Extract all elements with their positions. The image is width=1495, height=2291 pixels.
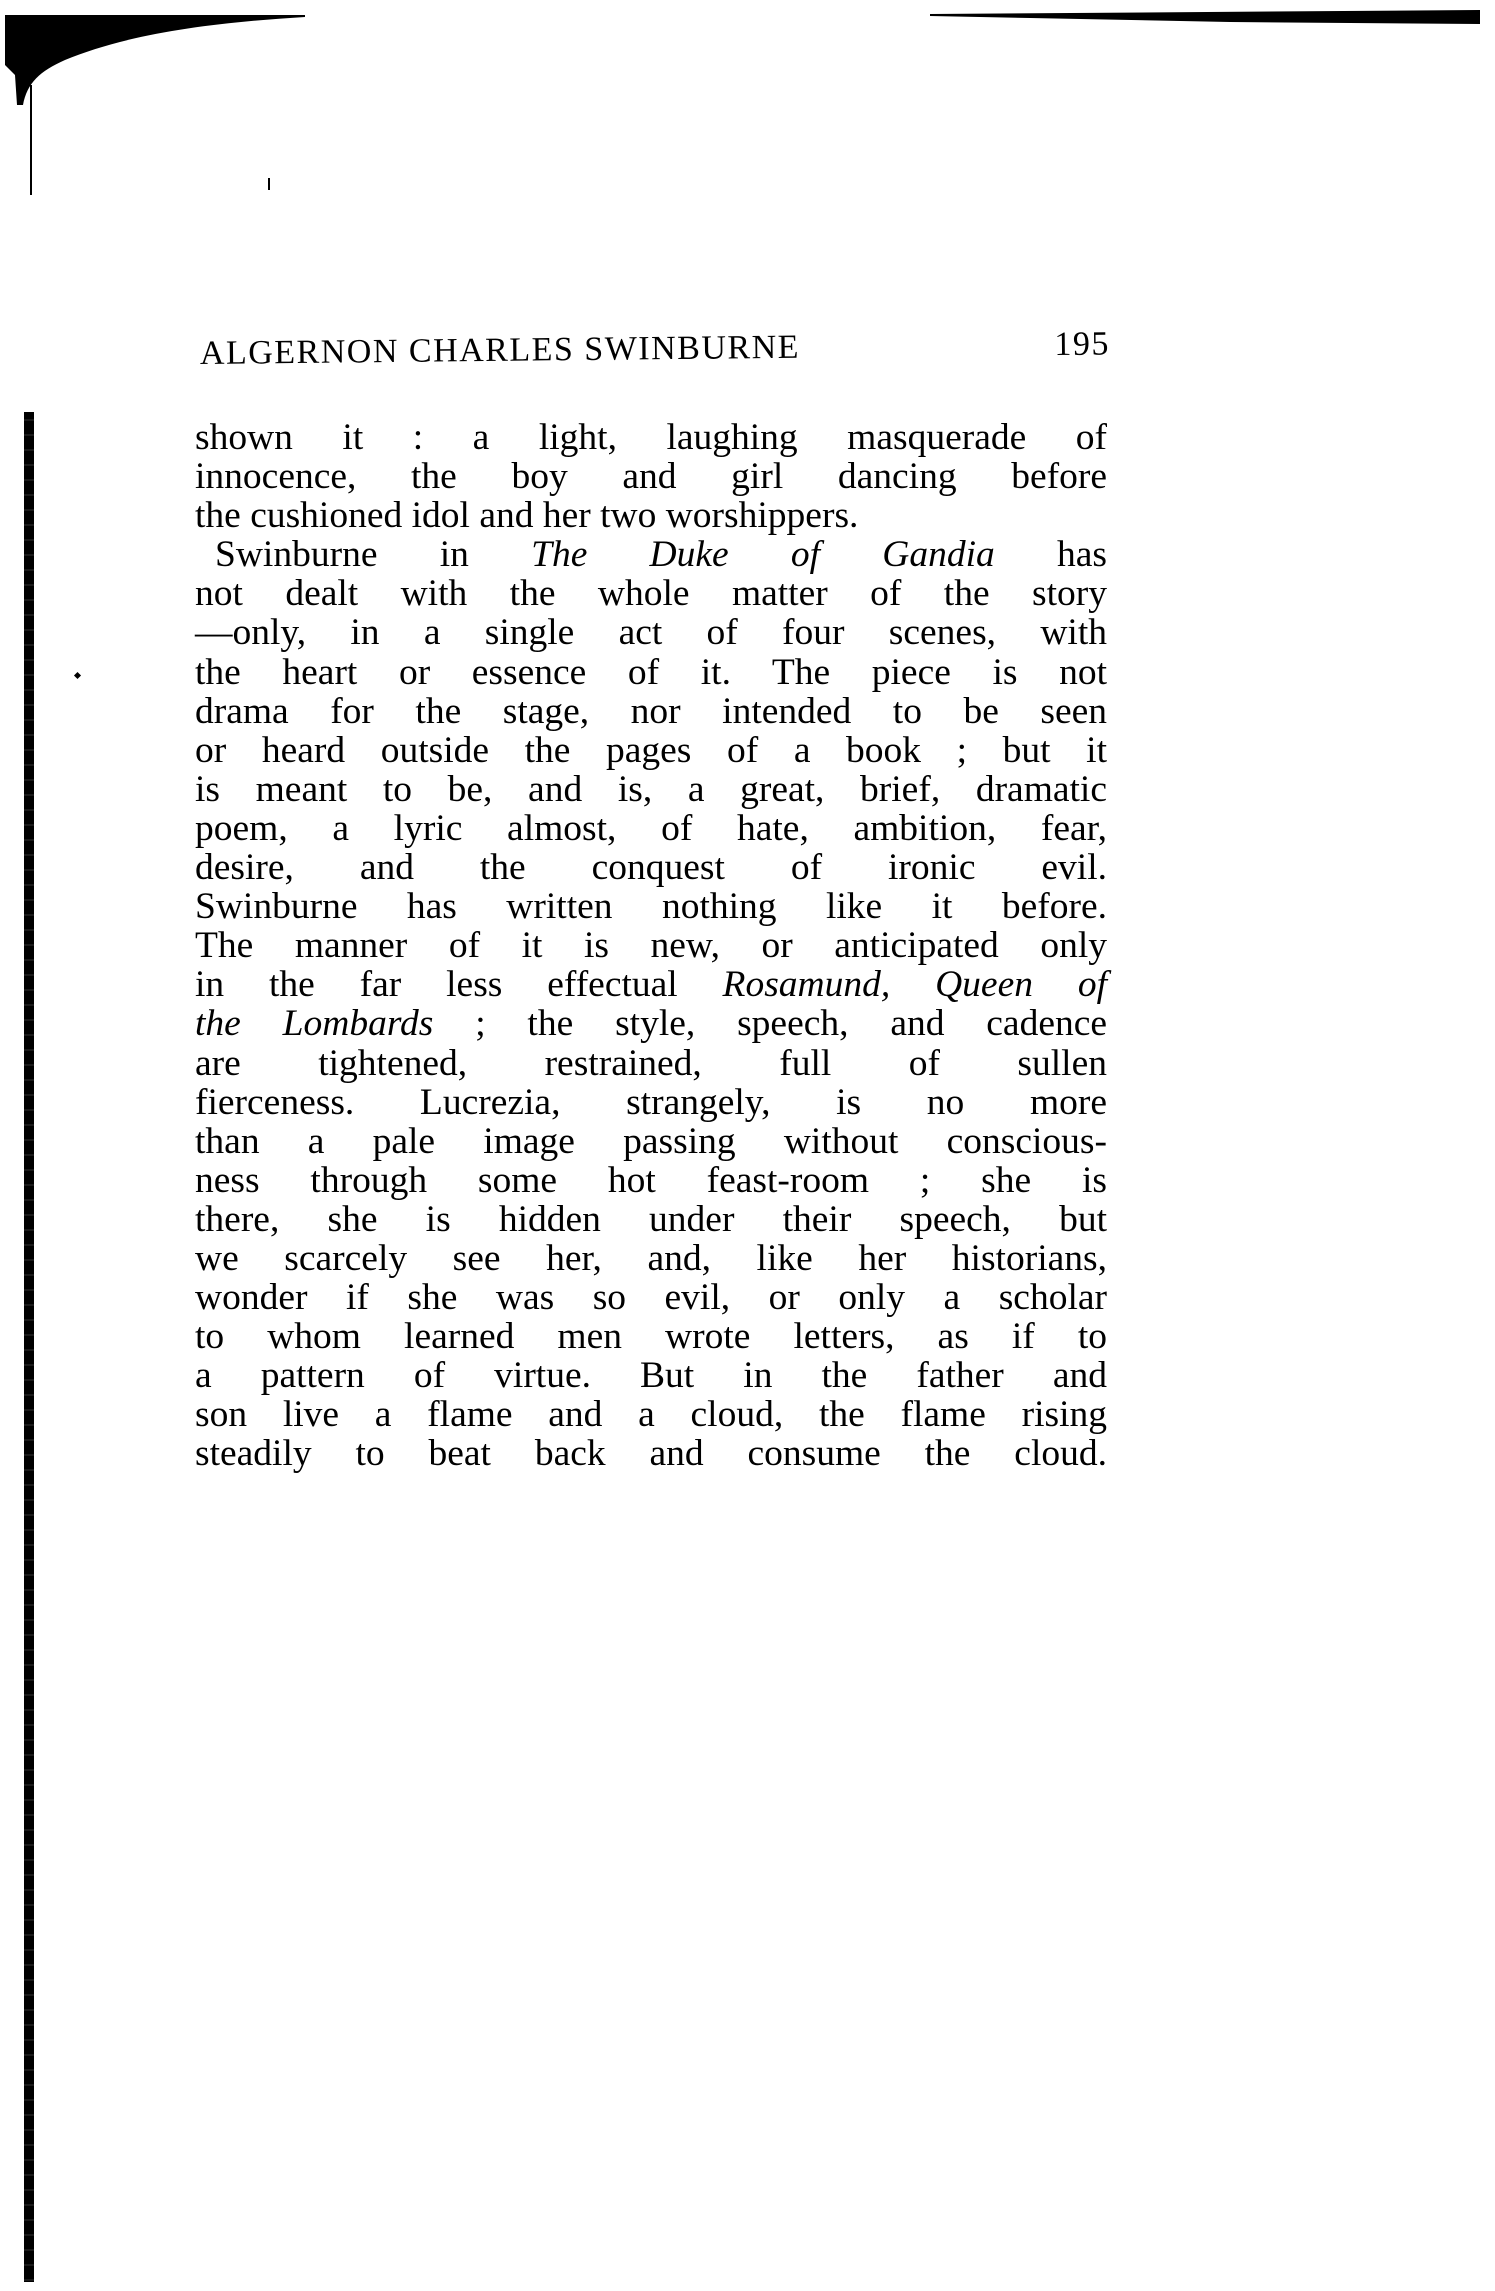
italic-title: the Lombards — [195, 1003, 433, 1044]
text-line: innocence, the boy and girl dancing befo… — [195, 457, 1107, 496]
italic-title: The Duke of Gandia — [531, 534, 995, 575]
text-line: the Lombards ; the style, speech, and ca… — [195, 1004, 1107, 1043]
text-line: steadily to beat back and consume the cl… — [195, 1434, 1107, 1473]
text-run: Swinburne in — [215, 534, 531, 575]
text-line: in the far less effectual Rosamund, Quee… — [195, 965, 1107, 1004]
page-number: 195 — [1054, 325, 1110, 364]
running-head: ALGERNON CHARLES SWINBURNE 195 — [200, 325, 1110, 385]
text-line: the heart or essence of it. The piece is… — [195, 653, 1107, 692]
text-run: in the far less effectual — [195, 964, 723, 1005]
text-line: is meant to be, and is, a great, brief, … — [195, 770, 1107, 809]
text-line: not dealt with the whole matter of the s… — [195, 574, 1107, 613]
body-paragraphs: shown it : a light, laughing masquerade … — [195, 418, 1107, 1474]
text-line: desire, and the conquest of ironic evil. — [195, 848, 1107, 887]
text-line: shown it : a light, laughing masquerade … — [195, 418, 1107, 457]
text-line: or heard outside the pages of a book ; b… — [195, 731, 1107, 770]
text-line: wonder if she was so evil, or only a sch… — [195, 1278, 1107, 1317]
text-line: drama for the stage, nor intended to be … — [195, 692, 1107, 731]
text-line: to whom learned men wrote letters, as if… — [195, 1317, 1107, 1356]
book-page: ALGERNON CHARLES SWINBURNE 195 shown it … — [0, 0, 1495, 2291]
text-line: the cushioned idol and her two worshippe… — [195, 496, 1107, 535]
scan-edge-shadow-top-right — [930, 8, 1480, 30]
text-line: there, she is hidden under their speech,… — [195, 1200, 1107, 1239]
text-line: son live a flame and a cloud, the flame … — [195, 1395, 1107, 1434]
text-line: Swinburne has written nothing like it be… — [195, 887, 1107, 926]
text-line: ness through some hot feast-room ; she i… — [195, 1161, 1107, 1200]
scan-edge-shadow-top-left — [5, 15, 305, 105]
text-line: a pattern of virtue. But in the father a… — [195, 1356, 1107, 1395]
scan-binding-edge — [24, 412, 34, 2282]
text-line: fierceness. Lucrezia, strangely, is no m… — [195, 1083, 1107, 1122]
scan-speck — [268, 178, 270, 190]
running-head-title: ALGERNON CHARLES SWINBURNE — [200, 329, 800, 373]
text-line: The manner of it is new, or anticipated … — [195, 926, 1107, 965]
text-line: are tightened, restrained, full of sulle… — [195, 1044, 1107, 1083]
text-line: poem, a lyric almost, of hate, ambition,… — [195, 809, 1107, 848]
text-run: ; the style, speech, and cadence — [433, 1003, 1107, 1044]
italic-title: Rosamund, Queen of — [723, 964, 1107, 1005]
text-line: Swinburne in The Duke of Gandia has — [195, 535, 1107, 574]
text-line: we scarcely see her, and, like her histo… — [195, 1239, 1107, 1278]
text-line: than a pale image passing without consci… — [195, 1122, 1107, 1161]
scan-edge-line — [30, 85, 32, 195]
text-run: has — [995, 534, 1107, 575]
scan-speck — [74, 672, 81, 679]
text-line: —only, in a single act of four scenes, w… — [195, 613, 1107, 652]
